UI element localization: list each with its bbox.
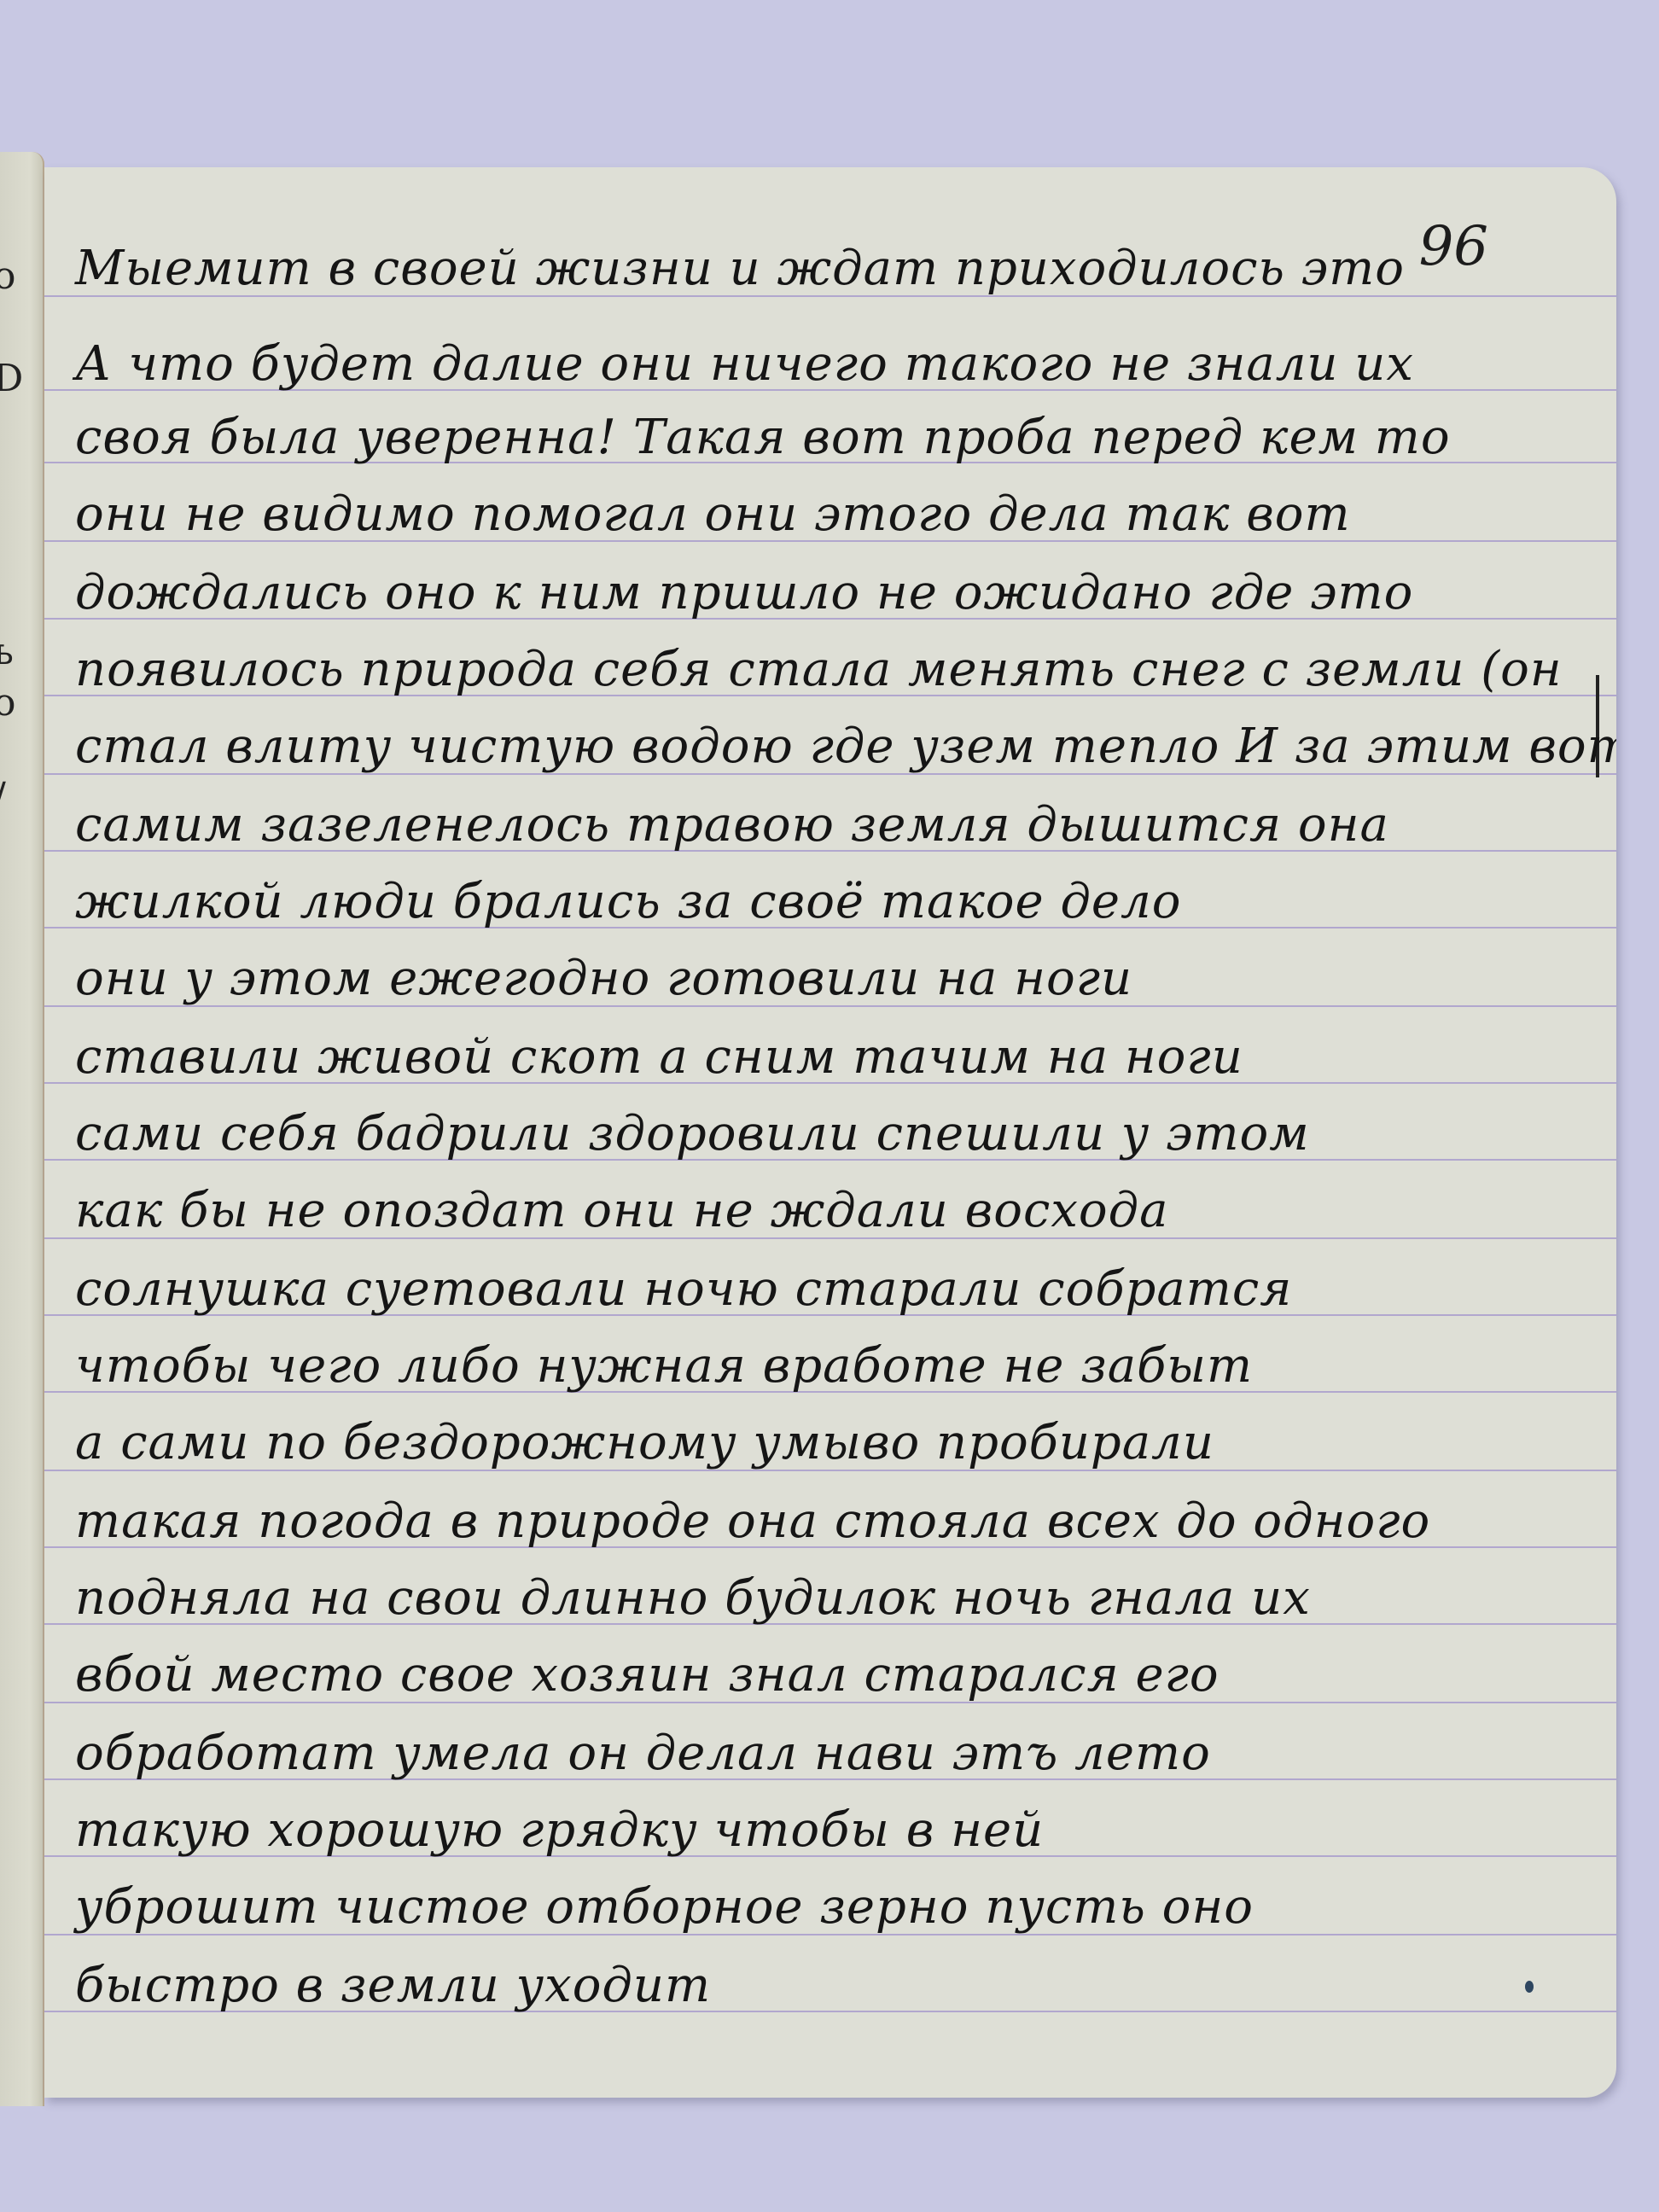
text-line: как бы не опоздат они не ждали восхода xyxy=(75,1181,1582,1241)
text-line: чтобы чего либо нужная вработе не забыт xyxy=(75,1336,1582,1396)
text-line: быстро в земли уходит xyxy=(75,1956,1582,2016)
text-line: уброшит чистое отборное зерно пусть оно xyxy=(75,1877,1582,1937)
text-line: своя была уверенна! Такая вот проба пере… xyxy=(75,408,1582,468)
text-line: самим зазеленелось травою земля дышится … xyxy=(75,795,1582,855)
text-line: обработат умела он делал нави этъ лето xyxy=(75,1724,1582,1784)
text-line: они не видимо помогал они этого дела так… xyxy=(75,485,1582,544)
text-line: вбой место свое хозяин знал старался его xyxy=(75,1645,1582,1705)
text-line: сами себя бадрили здоровили спешили у эт… xyxy=(75,1104,1582,1164)
prev-page-mark: о xyxy=(0,681,16,725)
prev-page-mark: / xyxy=(0,775,6,818)
prev-page-mark: о xyxy=(0,254,16,298)
notebook-page: 96 Мыемит в своей жизни и ждат приходило… xyxy=(44,167,1616,2098)
previous-page-edge: о D ь о / xyxy=(0,152,44,2106)
text-line: такую хорошую грядку чтобы в ней xyxy=(75,1801,1582,1860)
prev-page-mark: D xyxy=(0,357,23,400)
text-line: подняла на свои длинно будилок ночь гнал… xyxy=(75,1569,1582,1628)
text-line: а сами по бездорожному умыво пробирали xyxy=(75,1413,1582,1473)
text-line: жилкой люди брались за своё такое дело xyxy=(75,872,1582,932)
text-line: стал влиту чистую водою где узем тепло И… xyxy=(75,717,1582,777)
text-line: Мыемит в своей жизни и ждат приходилось … xyxy=(75,239,1582,299)
text-line: А что будет далие они ничего такого не з… xyxy=(75,335,1582,394)
text-line: дождались оно к ним пришло не ожидано гд… xyxy=(75,563,1582,623)
prev-page-mark: ь xyxy=(0,630,14,673)
text-line: такая погода в природе она стояла всех д… xyxy=(75,1492,1582,1551)
handwritten-text: Мыемит в своей жизни и ждат приходилось … xyxy=(44,167,1616,2098)
text-line: солнушка суетовали ночю старали собратся xyxy=(75,1260,1582,1319)
text-line: появилось природа себя стала менять снег… xyxy=(75,640,1582,700)
text-line: они у этом ежегодно готовили на ноги xyxy=(75,949,1582,1009)
text-line: ставили живой скот а сним тачим на ноги xyxy=(75,1027,1582,1087)
